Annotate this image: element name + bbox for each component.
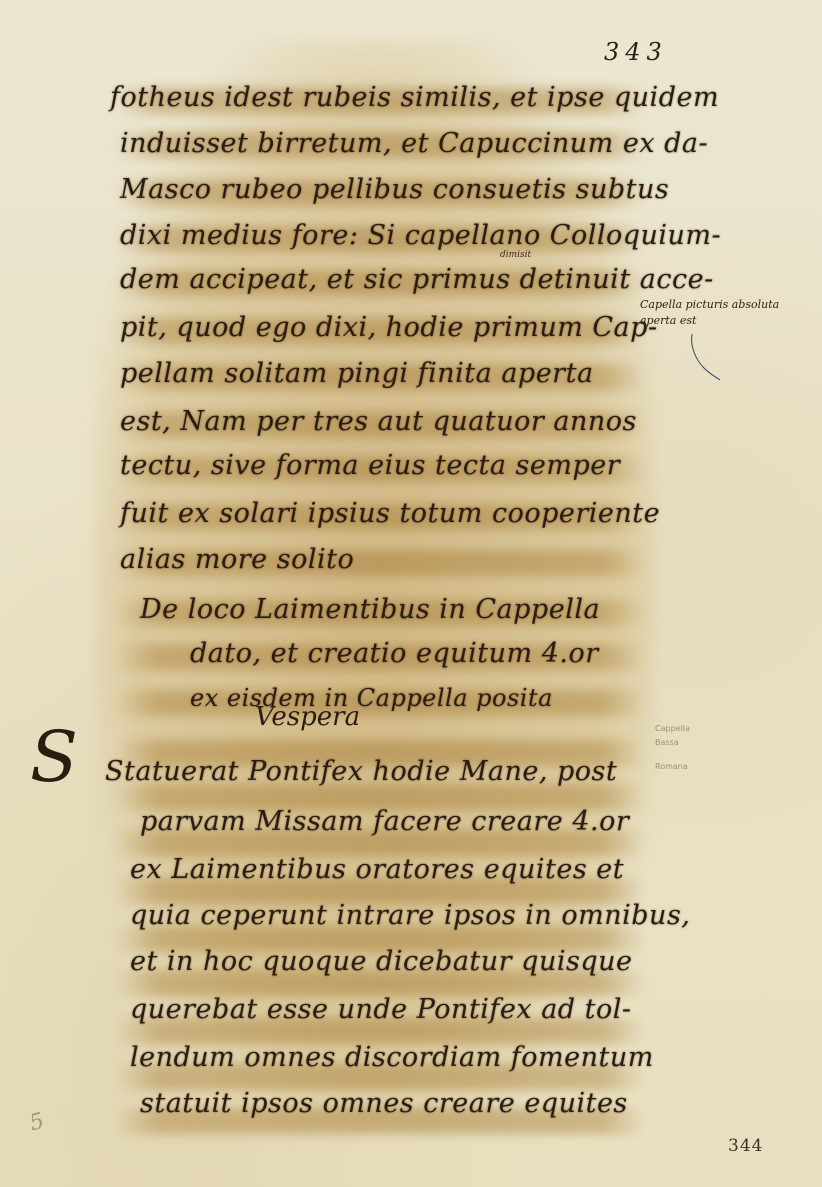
text-line: querebat esse unde Pontifex ad tol- [130, 994, 632, 1025]
marginal-note-line: Capella picturis absoluta [640, 297, 779, 313]
folio-number-stamped: 344 [728, 1136, 763, 1156]
text-line: Statuerat Pontifex hodie Mane, post [105, 756, 617, 787]
text-line: lendum omnes discordiam fomentum [130, 1042, 654, 1073]
text-line: Masco rubeo pellibus consuetis subtus [120, 174, 669, 205]
text-line: tectu, sive forma eius tecta semper [120, 450, 620, 481]
marginal-pen-stroke-icon [690, 332, 730, 382]
marginal-note-line: aperta est [640, 313, 779, 329]
text-line: dixi medius fore: Si capellano Colloquiu… [120, 220, 721, 251]
section-heading: Vespera [255, 702, 360, 732]
text-line: De loco Laimentibus in Cappella [140, 594, 600, 625]
corner-pencil-mark: 5 [27, 1109, 47, 1137]
text-line: ex Laimentibus oratores equites et [130, 854, 624, 885]
text-line: pellam solitam pingi finita aperta [120, 358, 594, 389]
text-line: alias more solito [120, 544, 354, 575]
text-line: dem accipeat, et sic primus detinuit acc… [120, 264, 714, 295]
text-line: parvam Missam facere creare 4.or [140, 806, 629, 837]
text-line: pit, quod ego dixi, hodie primum Cap- [120, 312, 658, 343]
marginal-note: Capella picturis absoluta aperta est [640, 297, 779, 329]
text-line: dato, et creatio equitum 4.or [190, 638, 599, 669]
text-line: statuit ipsos omnes creare equites [140, 1088, 628, 1119]
folio-number-handwritten: 343 [604, 38, 668, 66]
interlinear-insertion: dimisit [500, 250, 531, 260]
manuscript-page: 343 fotheus idest rubeis similis, et ips… [0, 0, 822, 1187]
text-line: fotheus idest rubeis similis, et ipse qu… [110, 82, 719, 113]
text-line: quia ceperunt intrare ipsos in omnibus, [130, 900, 690, 931]
text-line: est, Nam per tres aut quatuor annos [120, 406, 637, 437]
text-line: fuit ex solari ipsius totum cooperiente [120, 498, 660, 529]
faded-stamp: Cappella Bassa Romana [655, 722, 690, 774]
decorated-initial: S [30, 722, 78, 792]
text-line: ex eisdem in Cappella posita [190, 684, 553, 712]
text-line: et in hoc quoque dicebatur quisque [130, 946, 632, 977]
text-line: induisset birretum, et Capuccinum ex da- [120, 128, 708, 159]
